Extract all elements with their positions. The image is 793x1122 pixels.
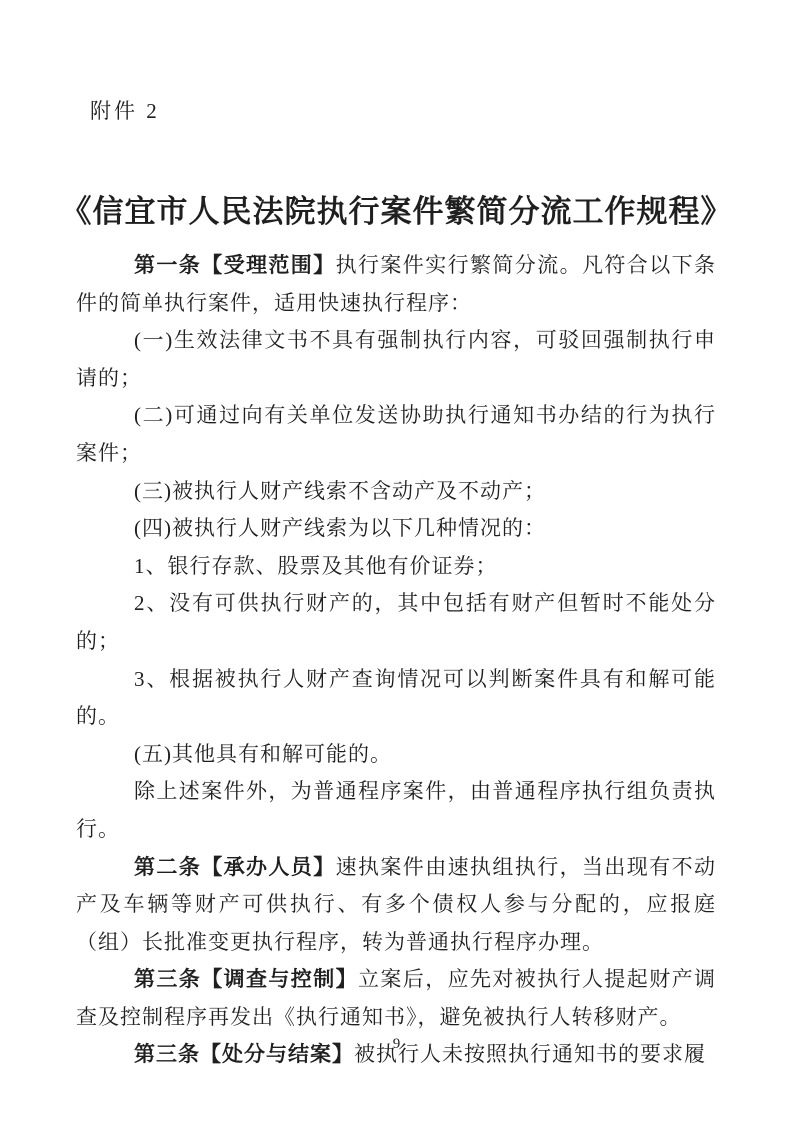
clause-text: (五)其他具有和解可能的。 xyxy=(134,742,392,766)
paragraph-subitem-1: 1、银行存款、股票及其他有价证券； xyxy=(76,548,716,586)
paragraph-item-3: (三)被执行人财产线索不含动产及不动产； xyxy=(76,473,716,511)
clause-text: (一)生效法律文书不具有强制执行内容，可驳回强制执行申请的； xyxy=(76,328,716,390)
page-number: 9 xyxy=(0,1036,793,1053)
clause-text: (四)被执行人财产线索为以下几种情况的： xyxy=(134,516,546,540)
clause-heading: 第三条【调查与控制】 xyxy=(134,967,358,991)
clause-text: 3、根据被执行人财产查询情况可以判断案件具有和解可能的。 xyxy=(76,667,716,729)
clause-heading: 第一条【受理范围】 xyxy=(134,253,336,277)
paragraph-item-5: (五)其他具有和解可能的。 xyxy=(76,736,716,774)
document-page: 附件 2 《信宜市人民法院执行案件繁简分流工作规程》 第一条【受理范围】执行案件… xyxy=(0,0,793,1122)
clause-text: (三)被执行人财产线索不含动产及不动产； xyxy=(134,479,546,503)
paragraph-item-4: (四)被执行人财产线索为以下几种情况的： xyxy=(76,510,716,548)
paragraph-closing-note: 除上述案件外，为普通程序案件，由普通程序执行组负责执行。 xyxy=(76,773,716,848)
clause-text: (二)可通过向有关单位发送协助执行通知书办结的行为执行案件； xyxy=(76,403,716,465)
paragraph-subitem-3: 3、根据被执行人财产查询情况可以判断案件具有和解可能的。 xyxy=(76,661,716,736)
clause-heading: 第二条【承办人员】 xyxy=(134,855,336,879)
paragraph-article-3-investigation: 第三条【调查与控制】立案后，应先对被执行人提起财产调查及控制程序再发出《执行通知… xyxy=(76,961,716,1036)
paragraph-article-2: 第二条【承办人员】速执案件由速执组执行，当出现有不动产及车辆等财产可供执行、有多… xyxy=(76,849,716,962)
clause-text: 除上述案件外，为普通程序案件，由普通程序执行组负责执行。 xyxy=(76,779,716,841)
attachment-label: 附件 2 xyxy=(90,95,160,125)
paragraph-subitem-2: 2、没有可供执行财产的，其中包括有财产但暂时不能处分的； xyxy=(76,585,716,660)
document-body: 第一条【受理范围】执行案件实行繁简分流。凡符合以下条件的简单执行案件，适用快速执… xyxy=(76,247,716,1074)
paragraph-item-1: (一)生效法律文书不具有强制执行内容，可驳回强制执行申请的； xyxy=(76,322,716,397)
clause-text: 1、银行存款、股票及其他有价证券； xyxy=(134,554,498,578)
clause-text: 2、没有可供执行财产的，其中包括有财产但暂时不能处分的； xyxy=(76,591,716,653)
paragraph-item-2: (二)可通过向有关单位发送协助执行通知书办结的行为执行案件； xyxy=(76,397,716,472)
paragraph-article-1: 第一条【受理范围】执行案件实行繁简分流。凡符合以下条件的简单执行案件，适用快速执… xyxy=(76,247,716,322)
document-title: 《信宜市人民法院执行案件繁简分流工作规程》 xyxy=(0,186,793,231)
